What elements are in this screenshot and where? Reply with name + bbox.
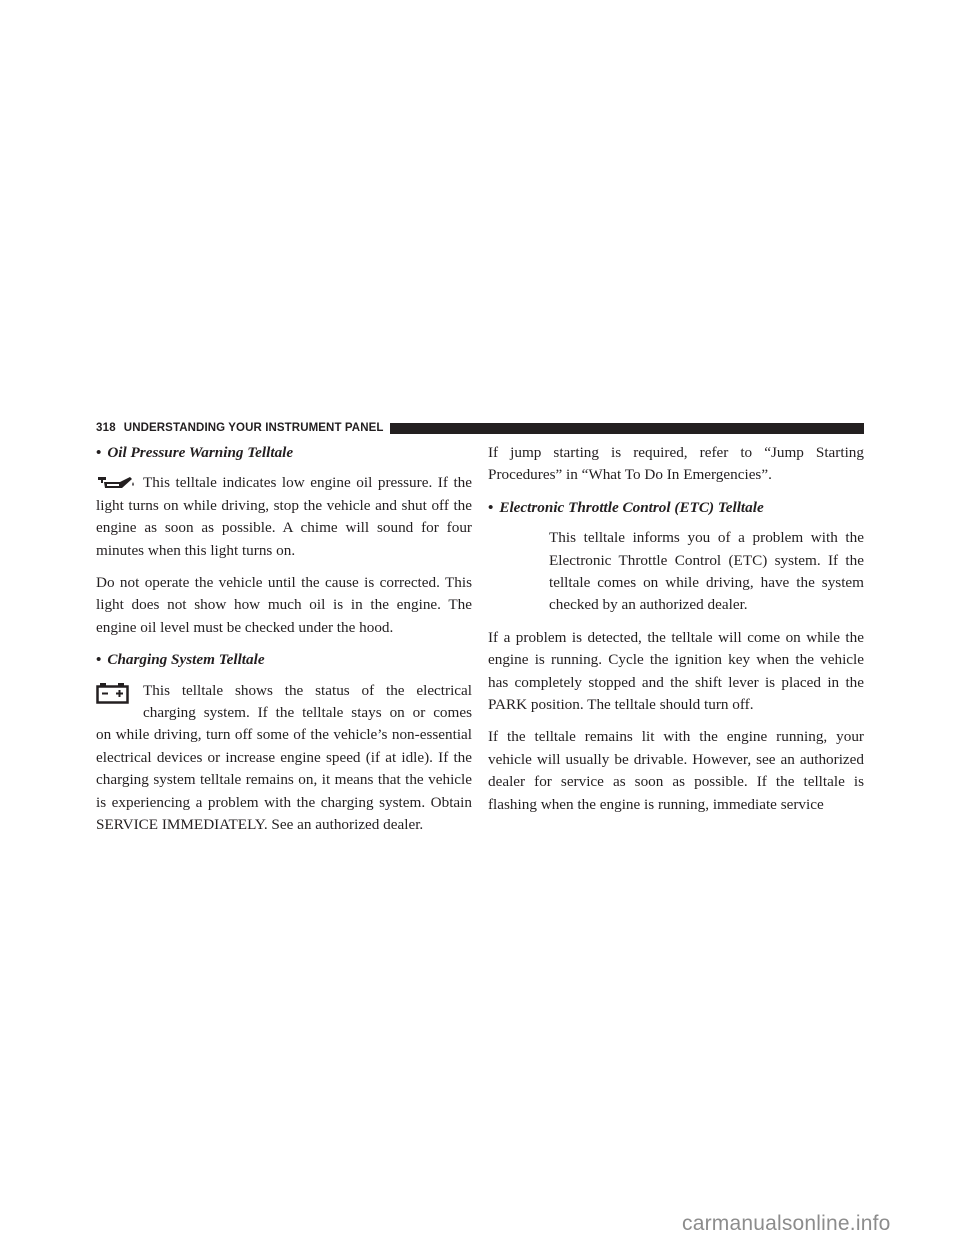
oil-pressure-note: Do not operate the vehicle until the cau…: [96, 572, 472, 639]
bullet-dot: •: [96, 444, 101, 461]
telltale-lit-paragraph: If the telltale remains lit with the eng…: [488, 726, 864, 816]
jump-starting-paragraph: If jump starting is required, refer to “…: [488, 442, 864, 487]
charging-line-2: charging system. If the telltale stays o…: [143, 702, 472, 724]
oil-pressure-heading: •Oil Pressure Warning Telltale: [96, 442, 472, 464]
battery-icon: [96, 682, 130, 704]
etc-heading: •Electronic Throttle Control (ETC) Tellt…: [488, 497, 864, 519]
section-title: UNDERSTANDING YOUR INSTRUMENT PANEL: [124, 422, 384, 434]
header-rule: [390, 423, 865, 434]
problem-detected-paragraph: If a problem is detected, the telltale w…: [488, 627, 864, 717]
bullet-dot: •: [488, 499, 493, 516]
etc-description: This telltale informs you of a problem w…: [549, 527, 864, 617]
charging-system-description: on while driving, turn off some of the v…: [96, 724, 472, 836]
oil-pressure-section: This telltale indicates low engine oil p…: [96, 472, 472, 562]
charging-line-1: This telltale shows the status of the el…: [143, 680, 472, 702]
right-column: If jump starting is required, refer to “…: [488, 442, 864, 826]
left-column: •Oil Pressure Warning Telltale This tell…: [96, 442, 472, 847]
oil-pressure-description: This telltale indicates low engine oil p…: [96, 472, 472, 562]
charging-system-heading: •Charging System Telltale: [96, 649, 472, 671]
page-number: 318: [96, 422, 116, 434]
oil-can-icon: [96, 474, 136, 492]
charging-system-section: This telltale shows the status of the el…: [96, 680, 472, 837]
page-header: 318 UNDERSTANDING YOUR INSTRUMENT PANEL: [96, 420, 864, 436]
bullet-dot: •: [96, 651, 101, 668]
watermark: carmanualsonline.info: [682, 1212, 891, 1236]
